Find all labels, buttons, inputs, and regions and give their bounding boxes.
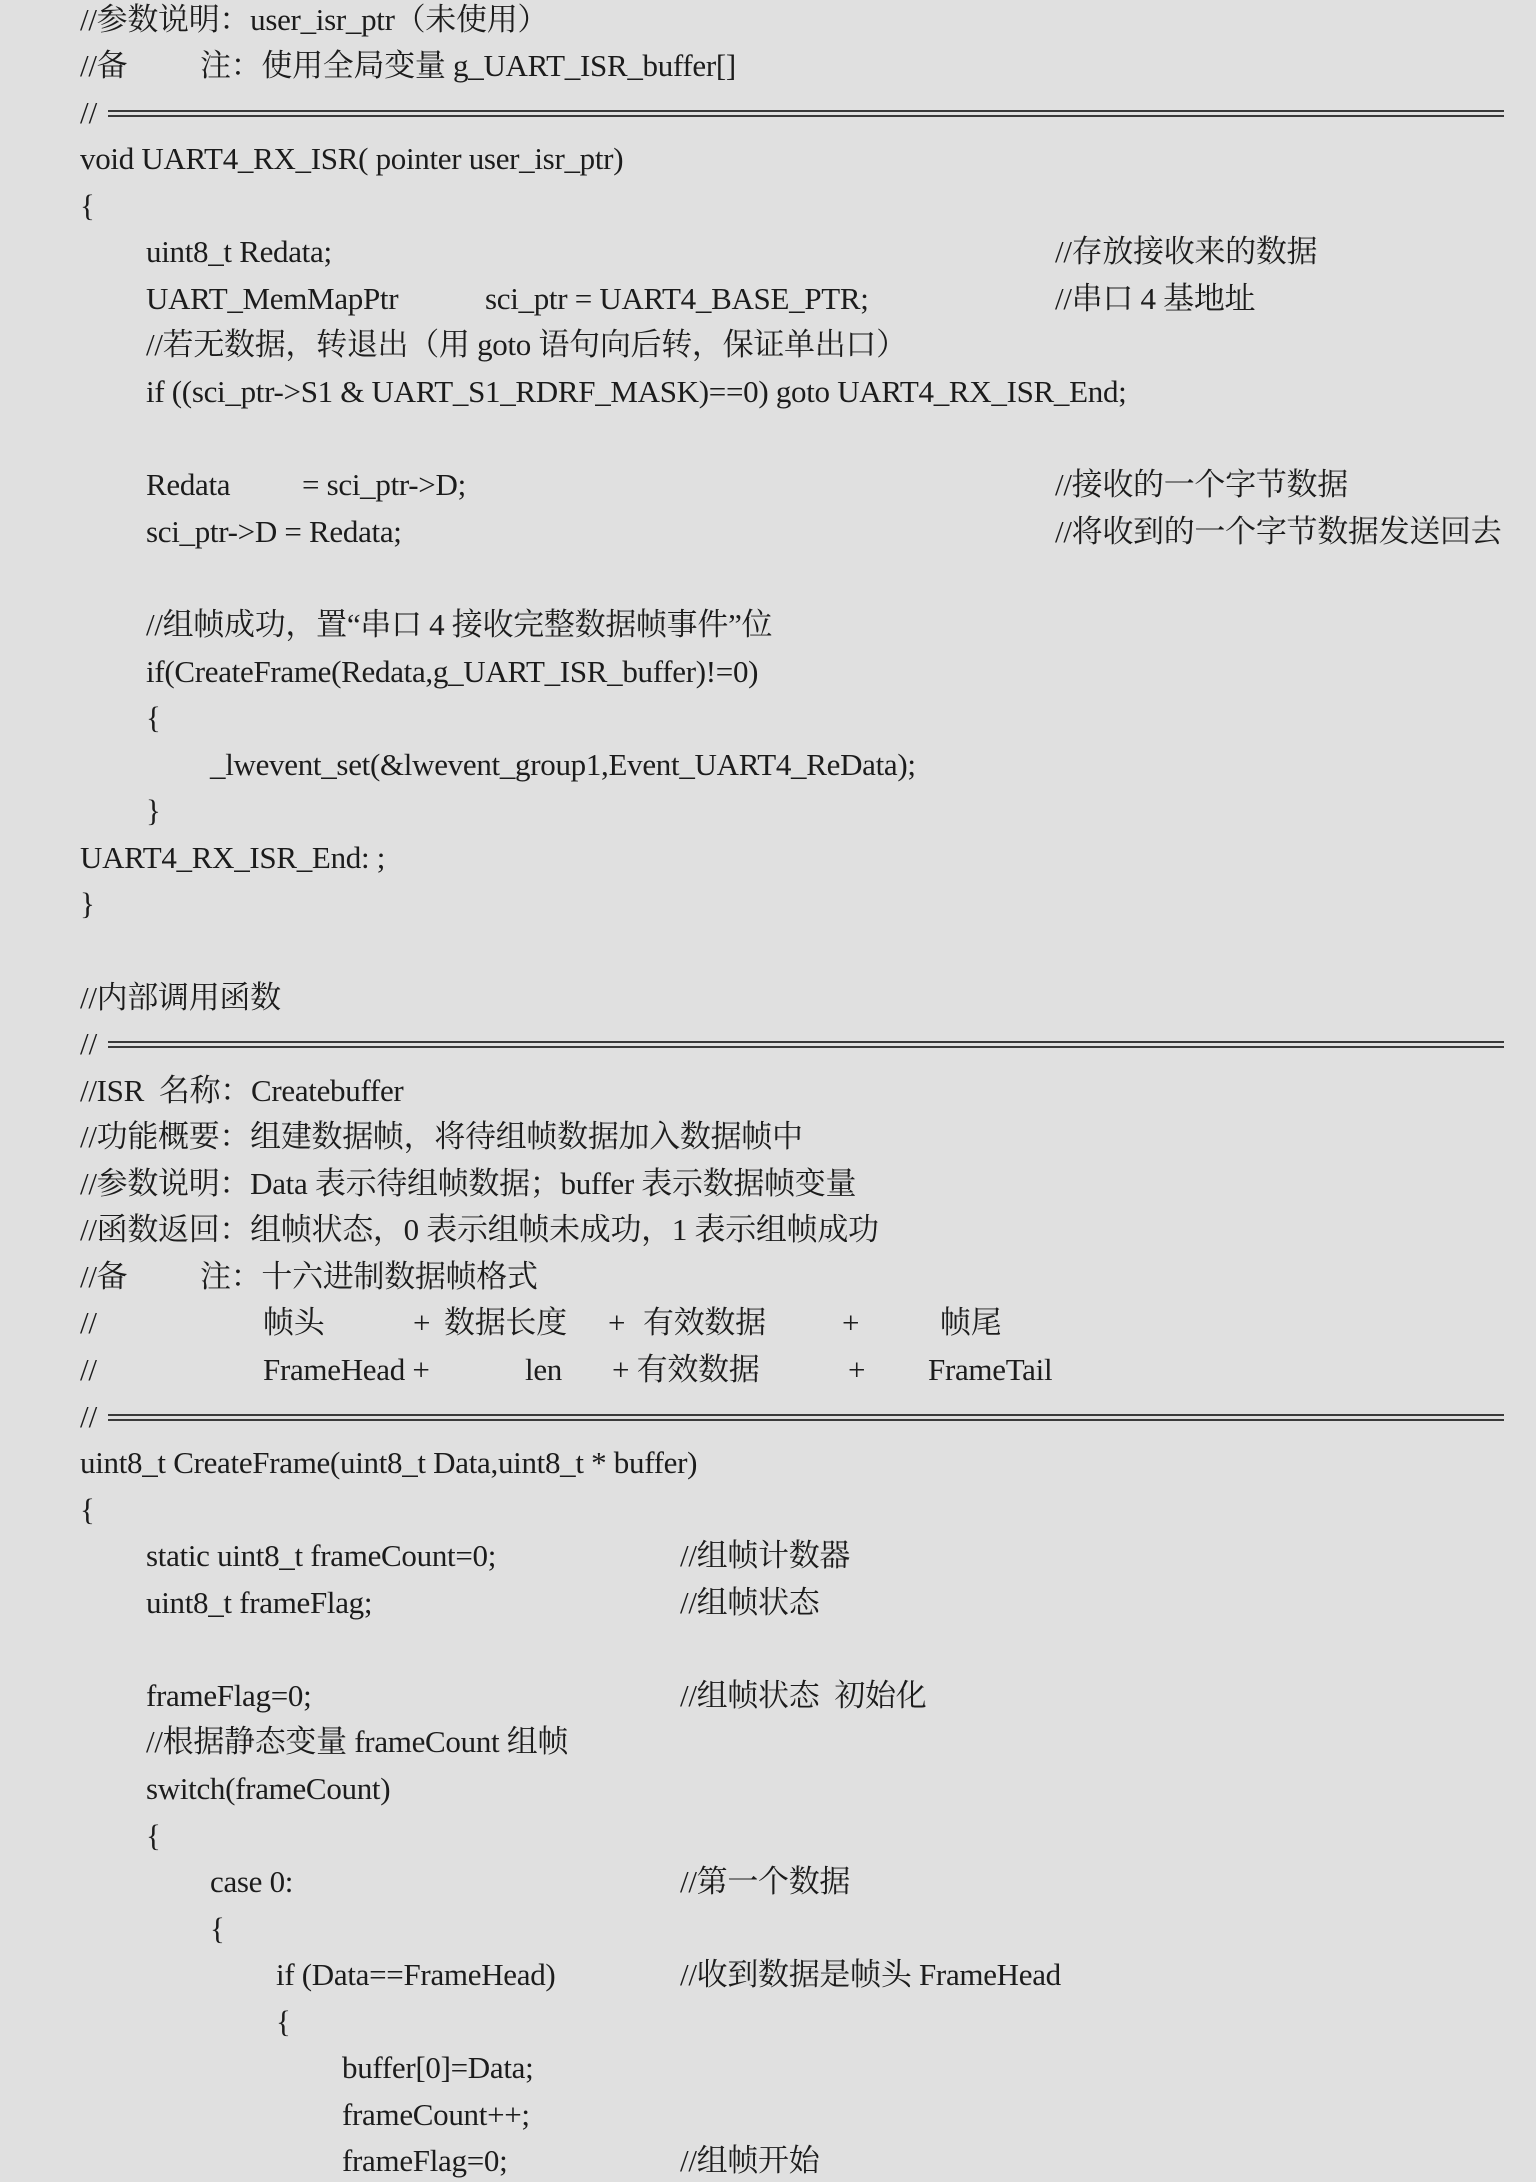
code-line: { bbox=[0, 1813, 1536, 1859]
code-line: frameFlag=0; //组帧状态 初始化 bbox=[0, 1673, 1536, 1719]
code-statement: frameCount++; bbox=[342, 2092, 530, 2138]
code-line: _lwevent_set(&lwevent_group1,Event_UART4… bbox=[0, 742, 1536, 788]
separator-line: // bbox=[0, 1394, 1536, 1440]
code-line: frameCount++; bbox=[0, 2092, 1536, 2138]
function-signature-uart4-rx-isr: void UART4_RX_ISR( pointer user_isr_ptr) bbox=[80, 136, 623, 182]
plus-sign: + bbox=[848, 1347, 865, 1393]
code-line: frameFlag=0; //组帧开始 bbox=[0, 2138, 1536, 2182]
comment-function-summary: //功能概要：组建数据帧，将待组帧数据加入数据帧中 bbox=[80, 1114, 803, 1160]
code-label: UART4_RX_ISR_End: ; bbox=[80, 835, 385, 881]
comment-slashes: // bbox=[80, 1300, 97, 1346]
frame-head-label: 帧头 bbox=[263, 1300, 324, 1346]
code-line: //组帧成功，置“串口 4 接收完整数据帧事件”位 bbox=[0, 602, 1536, 648]
code-statement: if ((sci_ptr->S1 & UART_S1_RDRF_MASK)==0… bbox=[146, 369, 1126, 415]
code-line: //参数说明：user_isr_ptr（未使用） bbox=[0, 0, 1536, 43]
code-statement: frameFlag=0; bbox=[146, 1673, 311, 1719]
separator-rule bbox=[108, 1041, 1504, 1048]
open-brace: { bbox=[80, 1487, 95, 1533]
comment-note-label: //备 bbox=[80, 43, 127, 89]
frame-tail-label: 帧尾 bbox=[940, 1300, 1001, 1346]
code-comment: //根据静态变量 frameCount 组帧 bbox=[146, 1719, 568, 1765]
case-label: case 0: bbox=[210, 1859, 293, 1905]
plus-sign: + bbox=[842, 1300, 859, 1346]
code-comment: //若无数据，转退出（用 goto 语句向后转，保证单出口） bbox=[146, 322, 907, 368]
code-line: { bbox=[0, 1999, 1536, 2045]
code-line: UART4_RX_ISR_End: ; bbox=[0, 835, 1536, 881]
plus-sign: + bbox=[608, 1300, 625, 1346]
code-line: case 0: //第一个数据 bbox=[0, 1859, 1536, 1905]
separator-line: // bbox=[0, 90, 1536, 136]
code-statement: uint8_t frameFlag; bbox=[146, 1580, 372, 1626]
comment-return-desc: //函数返回：组帧状态，0 表示组帧未成功，1 表示组帧成功 bbox=[80, 1207, 879, 1253]
code-line: { bbox=[0, 1487, 1536, 1533]
code-comment: //组帧成功，置“串口 4 接收完整数据帧事件”位 bbox=[146, 602, 772, 648]
code-statement: sci_ptr = UART4_BASE_PTR; bbox=[485, 276, 869, 322]
code-line: if ((sci_ptr->S1 & UART_S1_RDRF_MASK)==0… bbox=[0, 369, 1536, 415]
code-line: uint8_t CreateFrame(uint8_t Data,uint8_t… bbox=[0, 1440, 1536, 1486]
comment-isr-name: //ISR 名称：Createbuffer bbox=[80, 1068, 403, 1114]
inline-comment: //第一个数据 bbox=[680, 1859, 850, 1905]
close-brace: } bbox=[146, 788, 161, 834]
code-line: //备 注：使用全局变量 g_UART_ISR_buffer[] bbox=[0, 43, 1536, 89]
code-line: void UART4_RX_ISR( pointer user_isr_ptr) bbox=[0, 136, 1536, 182]
code-statement: switch(frameCount) bbox=[146, 1766, 390, 1812]
separator-slashes: // bbox=[80, 1026, 97, 1061]
separator-rule bbox=[108, 110, 1504, 117]
code-line: uint8_t Redata; //存放接收来的数据 bbox=[0, 229, 1536, 275]
inline-comment: //将收到的一个字节数据发送回去 bbox=[1055, 509, 1501, 555]
code-line: //内部调用函数 bbox=[0, 975, 1536, 1021]
code-line: //若无数据，转退出（用 goto 语句向后转，保证单出口） bbox=[0, 322, 1536, 368]
data-length-label: 数据长度 bbox=[444, 1300, 567, 1346]
code-statement: if(CreateFrame(Redata,g_UART_ISR_buffer)… bbox=[146, 649, 758, 695]
comment-note-text: 注：使用全局变量 g_UART_ISR_buffer[] bbox=[200, 43, 736, 89]
frame-tail-identifier: FrameTail bbox=[928, 1347, 1052, 1393]
len-identifier: len bbox=[525, 1347, 562, 1393]
open-brace: { bbox=[276, 1999, 291, 2045]
comment-note-label: //备 bbox=[80, 1254, 127, 1300]
code-line: //根据静态变量 frameCount 组帧 bbox=[0, 1719, 1536, 1765]
code-line: { bbox=[0, 183, 1536, 229]
code-statement: = sci_ptr->D; bbox=[302, 462, 466, 508]
separator-slashes: // bbox=[80, 95, 97, 130]
code-statement: frameFlag=0; bbox=[342, 2138, 507, 2182]
plus-sign: + bbox=[413, 1300, 430, 1346]
code-line: { bbox=[0, 695, 1536, 741]
inline-comment: //组帧开始 bbox=[680, 2138, 819, 2182]
section-comment: //内部调用函数 bbox=[80, 975, 281, 1021]
payload-label: 有效数据 bbox=[643, 1300, 766, 1346]
code-statement: sci_ptr->D = Redata; bbox=[146, 509, 402, 555]
code-line: } bbox=[0, 788, 1536, 834]
separator-slashes: // bbox=[80, 1399, 97, 1434]
function-signature-create-frame: uint8_t CreateFrame(uint8_t Data,uint8_t… bbox=[80, 1440, 697, 1486]
code-type: UART_MemMapPtr bbox=[146, 276, 398, 322]
code-line: switch(frameCount) bbox=[0, 1766, 1536, 1812]
comment-param-desc: //参数说明：user_isr_ptr（未使用） bbox=[80, 0, 548, 43]
frame-format-line-en: // FrameHead + len + 有效数据 + FrameTail bbox=[0, 1347, 1536, 1393]
code-statement: buffer[0]=Data; bbox=[342, 2045, 533, 2091]
payload-label: + 有效数据 bbox=[612, 1347, 759, 1393]
code-variable: Redata bbox=[146, 462, 230, 508]
comment-note-text: 注：十六进制数据帧格式 bbox=[200, 1254, 538, 1300]
inline-comment: //串口 4 基地址 bbox=[1055, 276, 1255, 322]
inline-comment: //收到数据是帧头 FrameHead bbox=[680, 1952, 1061, 1998]
code-line: UART_MemMapPtr sci_ptr = UART4_BASE_PTR;… bbox=[0, 276, 1536, 322]
code-line: //ISR 名称：Createbuffer bbox=[0, 1068, 1536, 1114]
frame-format-line-cn: // 帧头 + 数据长度 + 有效数据 + 帧尾 bbox=[0, 1300, 1536, 1346]
comment-param-desc: //参数说明：Data 表示待组帧数据；buffer 表示数据帧变量 bbox=[80, 1161, 856, 1207]
open-brace: { bbox=[210, 1906, 225, 1952]
code-statement: _lwevent_set(&lwevent_group1,Event_UART4… bbox=[210, 742, 916, 788]
open-brace: { bbox=[146, 695, 161, 741]
code-line: //备 注：十六进制数据帧格式 bbox=[0, 1254, 1536, 1300]
inline-comment: //存放接收来的数据 bbox=[1055, 229, 1317, 275]
comment-slashes: // bbox=[80, 1347, 97, 1393]
frame-head-identifier: FrameHead + bbox=[263, 1347, 430, 1393]
inline-comment: //组帧计数器 bbox=[680, 1533, 850, 1579]
code-line: { bbox=[0, 1906, 1536, 1952]
close-brace: } bbox=[80, 881, 95, 927]
code-line: //功能概要：组建数据帧，将待组帧数据加入数据帧中 bbox=[0, 1114, 1536, 1160]
separator-rule bbox=[108, 1414, 1504, 1421]
code-line: uint8_t frameFlag; //组帧状态 bbox=[0, 1580, 1536, 1626]
code-line: Redata = sci_ptr->D; //接收的一个字节数据 bbox=[0, 462, 1536, 508]
code-line: //参数说明：Data 表示待组帧数据；buffer 表示数据帧变量 bbox=[0, 1161, 1536, 1207]
open-brace: { bbox=[80, 183, 95, 229]
separator-line: // bbox=[0, 1021, 1536, 1067]
code-statement: if (Data==FrameHead) bbox=[276, 1952, 555, 1998]
inline-comment: //组帧状态 初始化 bbox=[680, 1673, 926, 1719]
inline-comment: //接收的一个字节数据 bbox=[1055, 462, 1348, 508]
open-brace: { bbox=[146, 1813, 161, 1859]
code-statement: static uint8_t frameCount=0; bbox=[146, 1533, 496, 1579]
inline-comment: //组帧状态 bbox=[680, 1580, 819, 1626]
code-line: static uint8_t frameCount=0; //组帧计数器 bbox=[0, 1533, 1536, 1579]
code-line: if (Data==FrameHead) //收到数据是帧头 FrameHead bbox=[0, 1952, 1536, 1998]
code-line: if(CreateFrame(Redata,g_UART_ISR_buffer)… bbox=[0, 649, 1536, 695]
code-line: buffer[0]=Data; bbox=[0, 2045, 1536, 2091]
code-line: sci_ptr->D = Redata; //将收到的一个字节数据发送回去 bbox=[0, 509, 1536, 555]
code-line: //函数返回：组帧状态，0 表示组帧未成功，1 表示组帧成功 bbox=[0, 1207, 1536, 1253]
code-line: } bbox=[0, 881, 1536, 927]
code-statement: uint8_t Redata; bbox=[146, 229, 332, 275]
